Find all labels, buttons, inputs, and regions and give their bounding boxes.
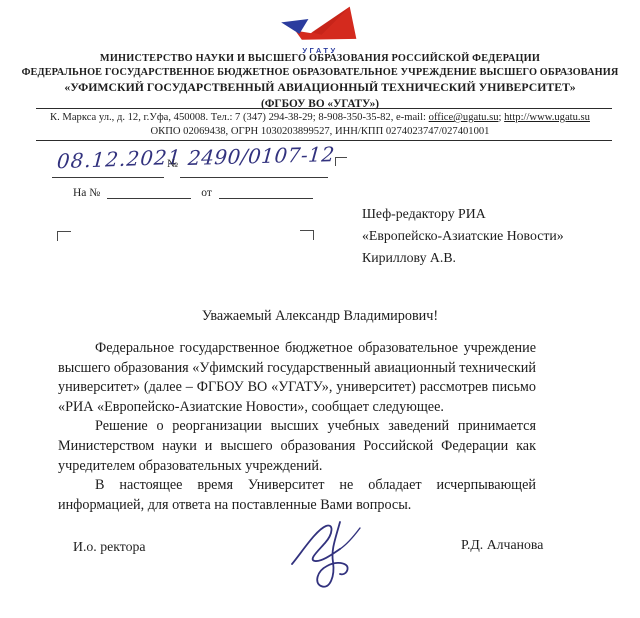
corner-mark-left xyxy=(57,231,71,241)
letter-body: Федеральное государственное бюджетное об… xyxy=(58,339,536,515)
letterhead-logo-block: УГАТУ xyxy=(0,5,640,55)
ministry-line: МИНИСТЕРСТВО НАУКИ И ВЫСШЕГО ОБРАЗОВАНИЯ… xyxy=(0,52,640,66)
date-underline xyxy=(52,177,164,178)
body-paragraph: Решение о реорганизации высших учебных з… xyxy=(58,417,536,476)
university-short-name: (ФГБОУ ВО «УГАТУ») xyxy=(0,97,640,112)
salutation: Уважаемый Александр Владимирович! xyxy=(0,308,640,325)
number-sign: № xyxy=(167,158,178,170)
recipient-line: Кириллову А.В. xyxy=(362,247,564,269)
handwritten-date: 08.12.2021 xyxy=(56,145,182,173)
recipient-block: Шеф-редактору РИА «Европейско-Азиатские … xyxy=(362,203,564,269)
handwritten-signature xyxy=(288,518,368,602)
letterhead-divider-bottom xyxy=(36,140,612,141)
website-text: http://www.ugatu.su xyxy=(504,112,590,123)
handwritten-outgoing-number: 2490/0107-12 xyxy=(187,142,336,170)
signer-position: И.о. ректора xyxy=(73,539,146,555)
reply-no-label: На № xyxy=(73,187,100,199)
letterhead-divider-top xyxy=(36,108,612,109)
reply-from-label: от xyxy=(201,187,212,199)
address-phone-text: К. Маркса ул., д. 12, г.Уфа, 450008. Тел… xyxy=(50,112,429,123)
institution-type-line: ФЕДЕРАЛЬНОЕ ГОСУДАРСТВЕННОЕ БЮДЖЕТНОЕ ОБ… xyxy=(0,66,640,80)
number-underline xyxy=(180,177,328,178)
contact-line: К. Маркса ул., д. 12, г.Уфа, 450008. Тел… xyxy=(0,111,640,125)
registration-line: ОКПО 02069438, ОГРН 1030203899527, ИНН/К… xyxy=(0,125,640,139)
signer-name: Р.Д. Алчанова xyxy=(461,537,543,553)
scanned-letter-page: УГАТУ МИНИСТЕРСТВО НАУКИ И ВЫСШЕГО ОБРАЗ… xyxy=(0,0,640,618)
university-name: «УФИМСКИЙ ГОСУДАРСТВЕННЫЙ АВИАЦИОННЫЙ ТЕ… xyxy=(0,80,640,96)
contact-block: К. Маркса ул., д. 12, г.Уфа, 450008. Тел… xyxy=(0,111,640,138)
recipient-line: «Европейско-Азиатские Новости» xyxy=(362,225,564,247)
reply-number-blank xyxy=(107,186,191,199)
corner-mark-right xyxy=(300,230,314,240)
recipient-line: Шеф-редактору РИА xyxy=(362,203,564,225)
email-text: office@ugatu.su xyxy=(429,112,499,123)
letterhead: МИНИСТЕРСТВО НАУКИ И ВЫСШЕГО ОБРАЗОВАНИЯ… xyxy=(0,52,640,112)
body-paragraph: В настоящее время Университет не обладае… xyxy=(58,476,536,515)
reply-date-blank xyxy=(219,186,313,199)
reply-reference-row: На №от xyxy=(73,186,313,199)
ugatu-logo-icon xyxy=(274,5,366,43)
corner-mark-number-zone xyxy=(335,157,347,166)
body-paragraph: Федеральное государственное бюджетное об… xyxy=(58,339,536,417)
